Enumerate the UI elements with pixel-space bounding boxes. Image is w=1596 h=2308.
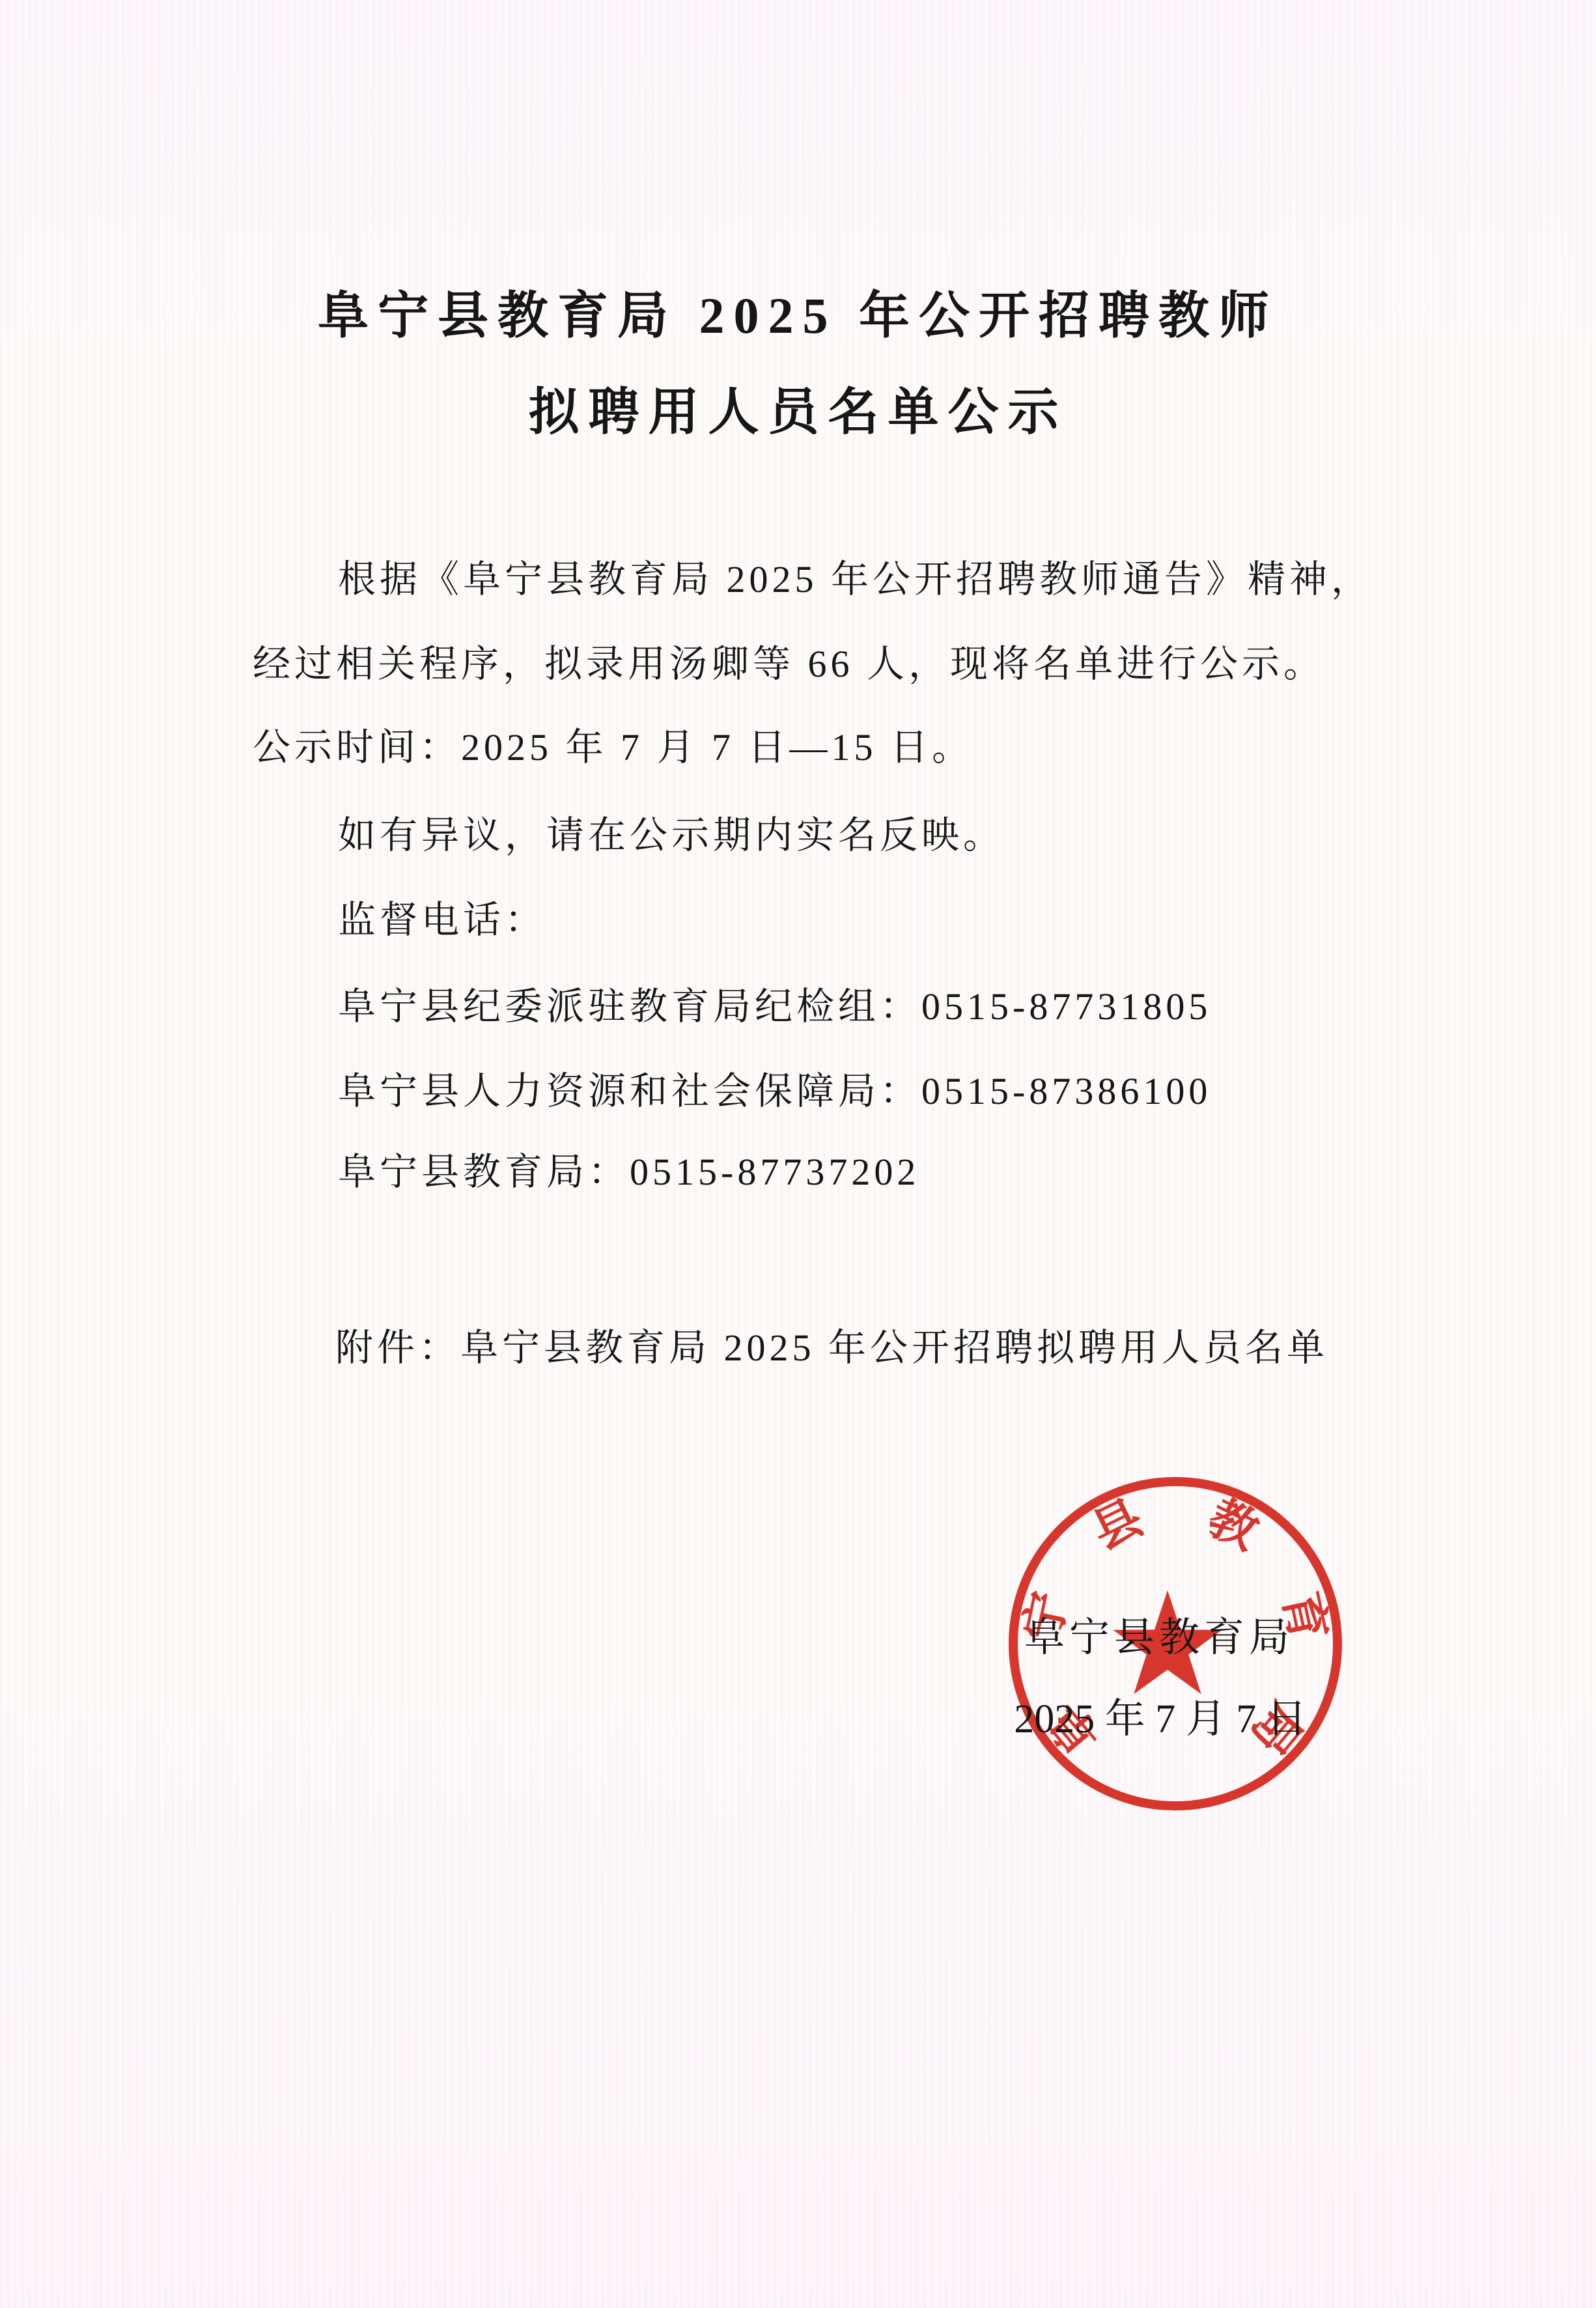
title-line-2: 拟聘用人员名单公示	[0, 387, 1596, 438]
attachment-line: 附件：阜宁县教育局 2025 年公开招聘拟聘用人员名单	[335, 1329, 1328, 1367]
signature-date: 2025 年 7 月 7 日	[1014, 1699, 1307, 1739]
title-line-1: 阜宁县教育局 2025 年公开招聘教师	[0, 290, 1596, 341]
body-line-objection: 如有异议，请在公示期内实名反映。	[338, 817, 1005, 854]
body-line-basis: 根据《阜宁县教育局 2025 年公开招聘教师通告》精神，	[338, 561, 1373, 598]
body-line-procedure: 经过相关程序，拟录用汤卿等 66 人，现将名单进行公示。	[253, 645, 1325, 683]
body-line-supervision-phone-label: 监督电话：	[338, 901, 546, 939]
body-line-human-resources-phone: 阜宁县人力资源和社会保障局：0515-87386100	[338, 1073, 1211, 1110]
body-line-education-bureau-phone: 阜宁县教育局：0515-87737202	[338, 1153, 919, 1191]
signature-agency: 阜宁县教育局	[1024, 1618, 1294, 1658]
body-line-publicity-period: 公示时间：2025 年 7 月 7 日—15 日。	[253, 729, 973, 767]
document-page: 阜宁县教育局 2025 年公开招聘教师 拟聘用人员名单公示 根据《阜宁县教育局 …	[0, 0, 1596, 2308]
body-line-discipline-inspection-phone: 阜宁县纪委派驻教育局纪检组：0515-87731805	[338, 988, 1211, 1026]
